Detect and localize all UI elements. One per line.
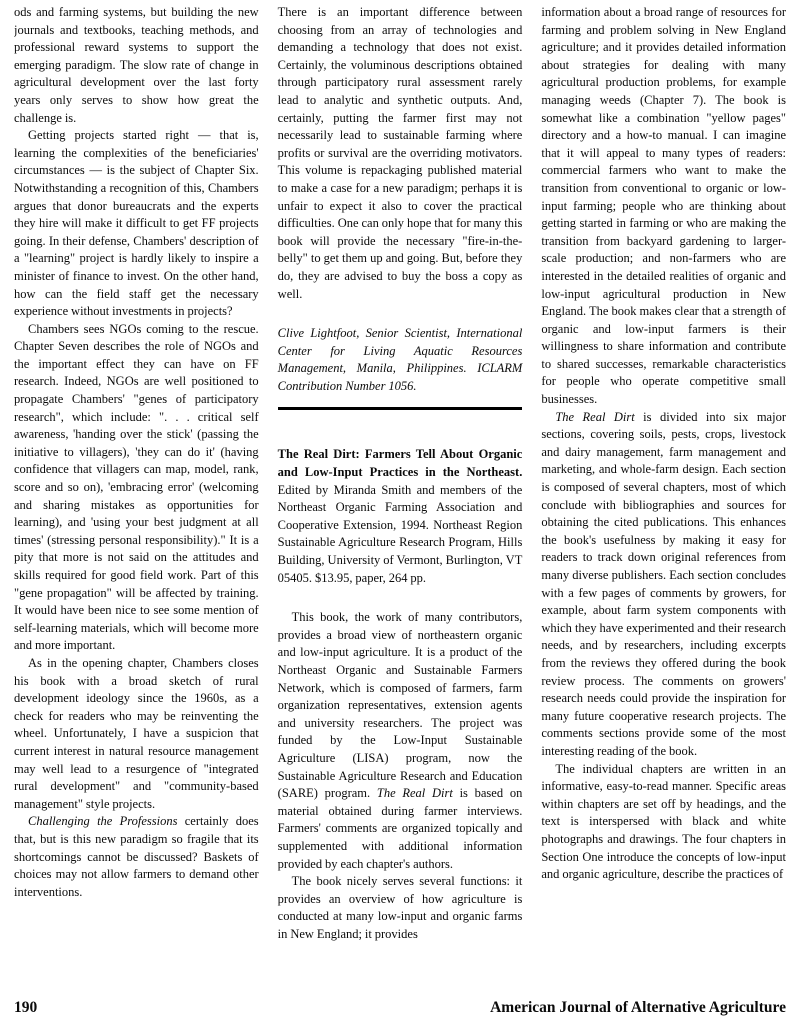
- book-review-citation: The Real Dirt: Farmers Tell About Organi…: [278, 446, 523, 587]
- col2-paragraph-difference: There is an important difference between…: [278, 4, 523, 303]
- column-1: ods and farming systems, but building th…: [14, 4, 259, 991]
- col3-paragraph-continuation: information about a broad range of resou…: [541, 4, 786, 409]
- journal-title: American Journal of Alternative Agricult…: [490, 999, 786, 1017]
- col1-paragraph-challenging-professions: Challenging the Professions certainly do…: [14, 813, 259, 901]
- book-title-the-real-dirt: The Real Dirt: [377, 786, 453, 800]
- book-review-title: The Real Dirt: Farmers Tell About Organi…: [278, 447, 523, 479]
- col1-paragraph-closing-chapter: As in the opening chapter, Chambers clos…: [14, 655, 259, 813]
- col1-paragraph-continuation: ods and farming systems, but building th…: [14, 4, 259, 127]
- col3-paragraph-2-text: is divided into six major sections, cove…: [541, 410, 786, 758]
- col3-paragraph-sections: The Real Dirt is divided into six major …: [541, 409, 786, 761]
- reviewer-attribution: Clive Lightfoot, Senior Scientist, Inter…: [278, 325, 523, 395]
- col2-paragraph-functions: The book nicely serves several functions…: [278, 873, 523, 943]
- col1-paragraph-ngos: Chambers sees NGOs coming to the rescue.…: [14, 321, 259, 655]
- text-columns: ods and farming systems, but building th…: [14, 4, 786, 991]
- column-3: information about a broad range of resou…: [541, 4, 786, 991]
- col1-paragraph-getting-projects: Getting projects started right — that is…: [14, 127, 259, 321]
- col2-paragraph-this-book: This book, the work of many contributors…: [278, 609, 523, 873]
- journal-page: ods and farming systems, but building th…: [0, 0, 800, 1027]
- book-title-the-real-dirt: The Real Dirt: [555, 410, 634, 424]
- column-2: There is an important difference between…: [278, 4, 523, 991]
- section-divider: [278, 407, 523, 410]
- book-title-challenging-the-professions: Challenging the Professions: [28, 814, 177, 828]
- page-number: 190: [14, 999, 37, 1017]
- col2-paragraph-2-text-before: This book, the work of many contributors…: [278, 610, 523, 800]
- col3-paragraph-chapters: The individual chapters are written in a…: [541, 761, 786, 884]
- page-footer: 190 American Journal of Alternative Agri…: [14, 991, 786, 1017]
- book-review-publication-details: Edited by Miranda Smith and members of t…: [278, 483, 523, 585]
